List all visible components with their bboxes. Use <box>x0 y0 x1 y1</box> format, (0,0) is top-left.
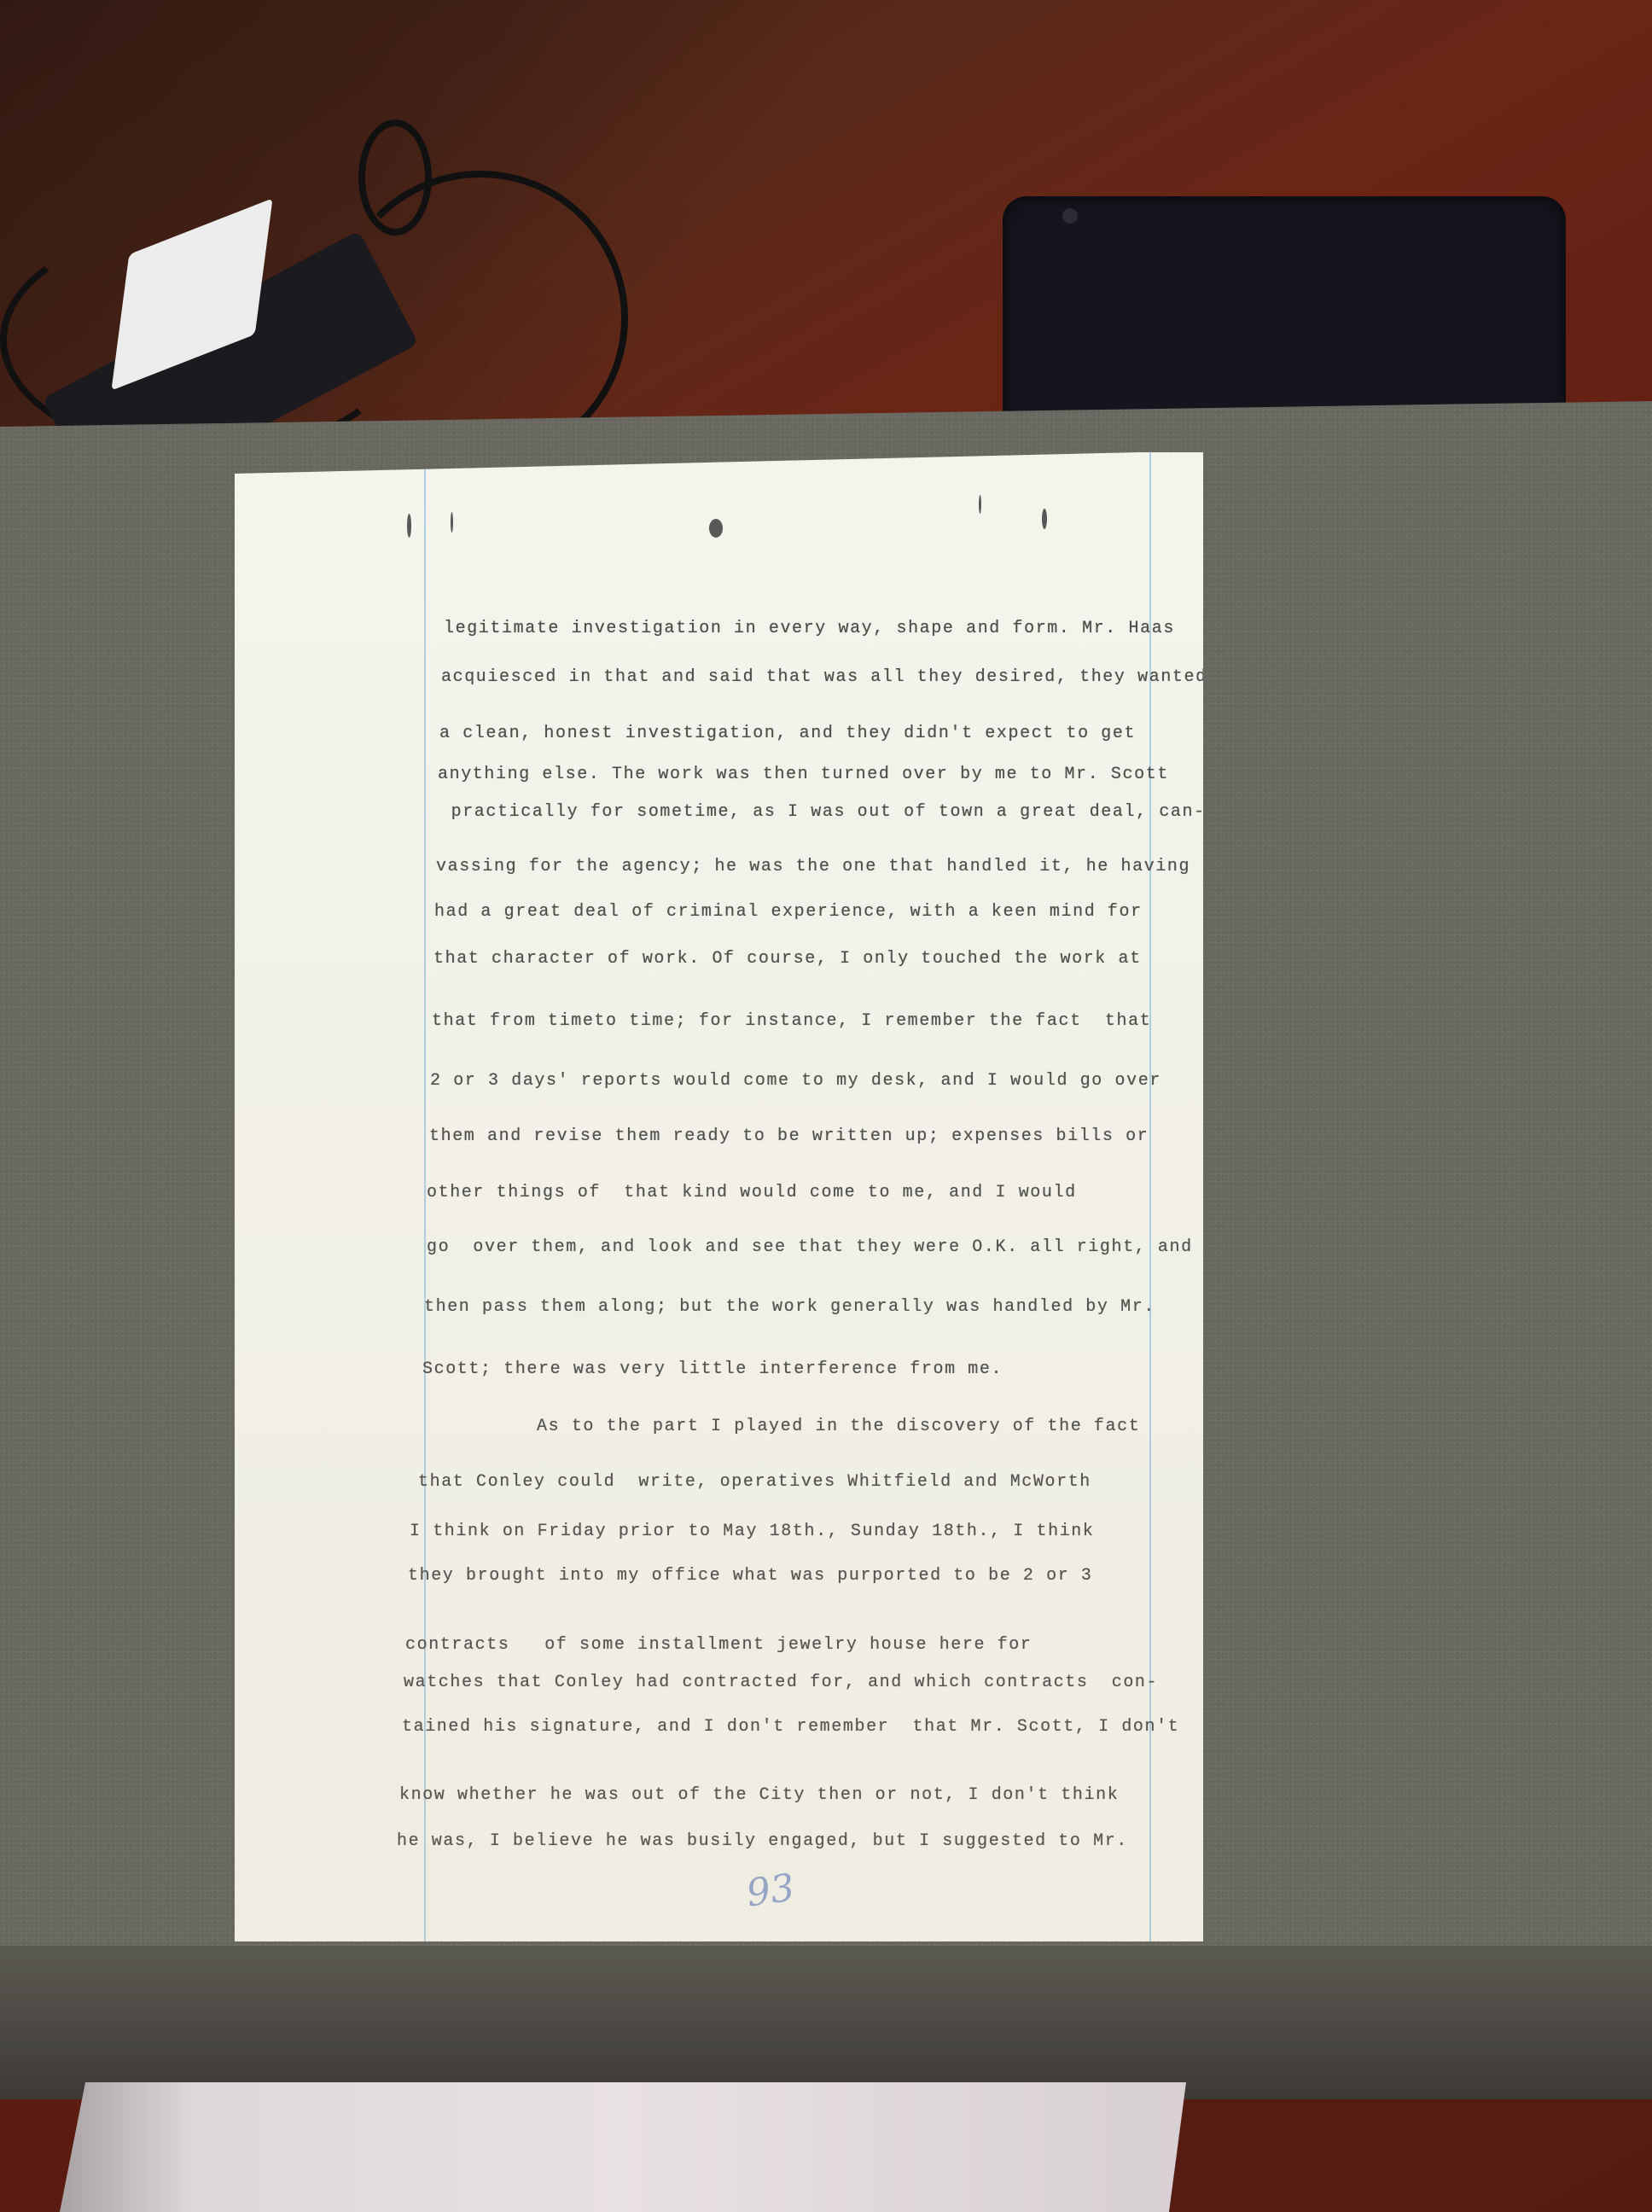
text-line: them and revise them ready to be written… <box>429 1126 1149 1146</box>
text-line: go over them, and look and see that they… <box>427 1237 1193 1257</box>
text-line: they brought into my office what was pur… <box>408 1566 1093 1586</box>
text-line: that Conley could write, operatives Whit… <box>418 1472 1091 1492</box>
desk-glare <box>60 2082 1186 2212</box>
foam-cushion-edge <box>0 1946 1652 2099</box>
text-line: know whether he was out of the City then… <box>399 1785 1119 1805</box>
text-line: that character of work. Of course, I onl… <box>433 949 1142 969</box>
text-line: legitimate investigation in every way, s… <box>444 619 1175 638</box>
text-line: a clean, honest investigation, and they … <box>439 724 1136 743</box>
text-line: other things of that kind would come to … <box>427 1183 1077 1202</box>
text-line: that from timeto time; for instance, I r… <box>432 1011 1151 1031</box>
handwritten-page-number: 93 <box>744 1866 798 1915</box>
camera-hole <box>1062 208 1078 224</box>
text-line: then pass them along; but the work gener… <box>424 1297 1155 1317</box>
text-line: he was, I believe he was busily engaged,… <box>397 1831 1128 1851</box>
text-line: acquiesced in that and said that was all… <box>441 667 1207 687</box>
text-line: contracts of some installment jewelry ho… <box>405 1635 1032 1655</box>
text-line: tained his signature, and I don't rememb… <box>402 1717 1179 1737</box>
text-line: 2 or 3 days' reports would come to my de… <box>430 1071 1161 1091</box>
text-line: watches that Conley had contracted for, … <box>404 1673 1158 1692</box>
text-line: had a great deal of criminal experience,… <box>434 902 1143 922</box>
text-line: I think on Friday prior to May 18th., Su… <box>410 1522 1095 1541</box>
text-line: practically for sometime, as I was out o… <box>439 802 1206 822</box>
text-line: Scott; there was very little interferenc… <box>422 1359 1003 1379</box>
text-line: As to the part I played in the discovery… <box>421 1417 1140 1436</box>
tablet-case <box>1003 196 1566 435</box>
text-line: anything else. The work was then turned … <box>438 765 1169 784</box>
typewritten-page: legitimate investigation in every way, s… <box>235 452 1203 1941</box>
transcript-text: legitimate investigation in every way, s… <box>235 452 1203 1941</box>
text-line: vassing for the agency; he was the one t… <box>436 857 1190 876</box>
